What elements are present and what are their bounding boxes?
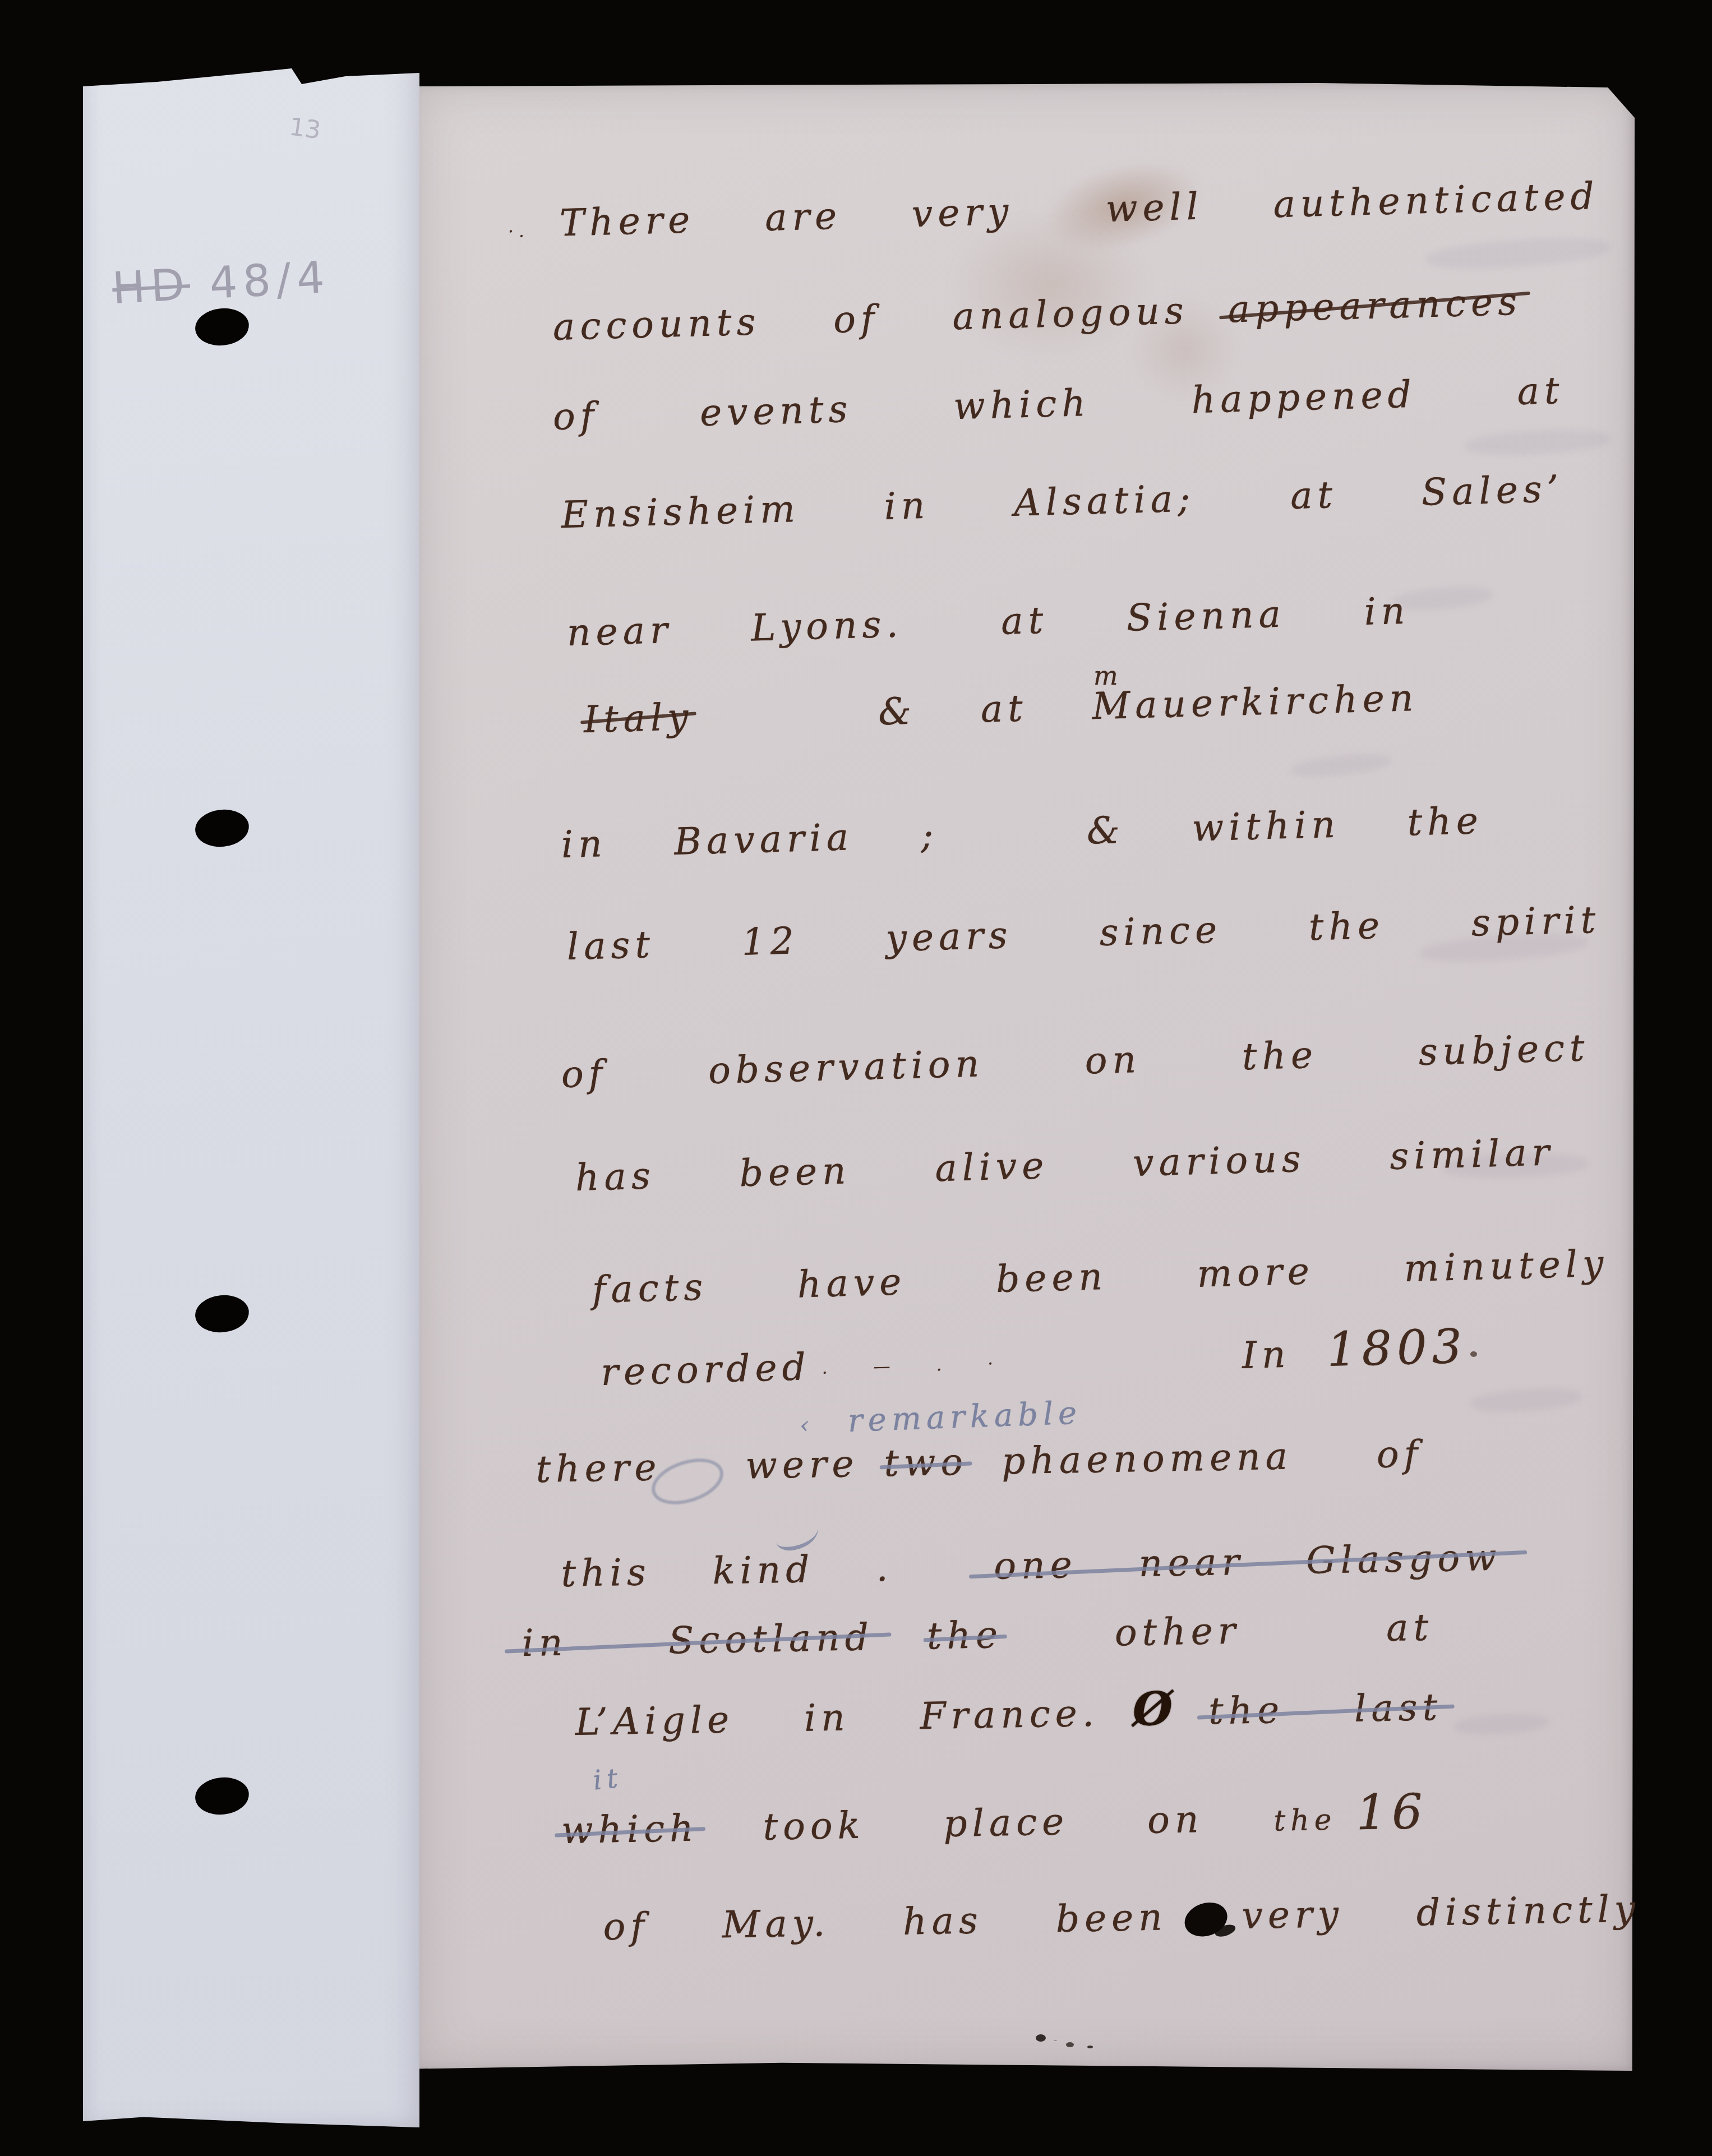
line-12: recorded. — . ·In1803 [600, 1319, 1468, 1396]
archive-photo: 4 ·.There are verywell authenticatedacco… [0, 0, 1712, 2156]
catalog-number: 48/4 [208, 252, 331, 309]
handwriting-segment: other [1114, 1609, 1241, 1655]
catalog-reference: HD 48/4 [111, 252, 331, 314]
handwriting-segment: of May. has been [603, 1895, 1168, 1949]
handwriting-segment: ·. [508, 221, 529, 242]
punch-hole [193, 807, 251, 850]
line-18: of May. has beenvery distinctly [603, 1887, 1641, 1949]
ink-blot [1180, 1897, 1232, 1942]
punch-hole [193, 1775, 251, 1817]
line-15: in Scotlandtheotherat [522, 1606, 1434, 1665]
handwriting-segment: 16 [1355, 1784, 1428, 1841]
handwriting-segment: took place on [763, 1798, 1204, 1849]
handwriting-segment: the [1273, 1803, 1337, 1838]
line-9: of observation on the subject [561, 1026, 1590, 1096]
handwriting-segment: accounts of analogous [552, 289, 1189, 349]
handwriting-segment: this kind . [561, 1546, 893, 1595]
handwriting-segment: L’Aigle in France. [575, 1692, 1099, 1744]
handwriting-segment: of observation on the subject [561, 1026, 1590, 1096]
handwriting-segment: the [926, 1613, 1003, 1658]
line-8: last 12 years since the spirit [566, 898, 1601, 968]
handwriting-segment: Ensisheim in Alsatia; [561, 477, 1196, 537]
handwriting-segment: recorded [600, 1345, 811, 1394]
line-10: has been alive various similar [575, 1130, 1555, 1199]
handwriting-segment: There are very [559, 190, 1014, 244]
handwriting-segment: very distinctly [1242, 1887, 1641, 1937]
handwriting-segment: well authenticated [1105, 174, 1600, 230]
punch-hole [193, 1292, 251, 1335]
handwriting-segment: & within the [1086, 799, 1484, 852]
insert-remarkable: ‹remarkable [799, 1395, 1082, 1441]
handwriting-segment: ‹ [799, 1411, 814, 1439]
line-14: this kind .one near Glasgow [561, 1536, 1502, 1595]
handwriting-segment: at [1386, 1606, 1433, 1650]
inked-out-word: Ø [1132, 1682, 1178, 1736]
handwriting-segment: last 12 years since the spirit [566, 898, 1601, 968]
line-17: whichtook place onthe16 [561, 1784, 1428, 1855]
line-2: accounts of analogousappearances [552, 280, 1522, 349]
handwriting-segment: the last [1208, 1686, 1442, 1733]
line-11: facts have been more minutely [592, 1242, 1609, 1312]
handwriting-segment: at Sales’ [1290, 467, 1564, 518]
strip-page-number: 13 [288, 112, 323, 145]
handwriting-segment: remarkable [847, 1395, 1082, 1439]
line-6: Italy& at Mauerkirchen [583, 676, 1419, 741]
handwriting-segment: & at Mauerkirchen [878, 676, 1419, 733]
handwriting-segment: in Bavaria ; [561, 813, 939, 866]
handwriting-segment: appearances [1228, 280, 1522, 331]
line-4: Ensisheim in Alsatia;at Sales’ [561, 467, 1564, 537]
handwriting-segment: 1803 [1326, 1319, 1468, 1378]
catalog-prefix: HD [111, 260, 191, 314]
handwriting-segment: in Scotland [522, 1615, 874, 1665]
handwriting-segment: In [1242, 1333, 1291, 1377]
punch-hole [193, 306, 251, 348]
handwriting-segment: Italy [583, 695, 694, 741]
line-7: in Bavaria ;& within the [561, 799, 1484, 866]
handwriting-segment: has been alive various similar [575, 1130, 1555, 1199]
insert-it: it [592, 1762, 624, 1796]
guard-strip: 13 HD 48/4 [83, 52, 419, 2127]
line-3: of events which happened at [552, 369, 1565, 438]
handwriting-segment: two [884, 1441, 968, 1485]
line-16: L’Aigle in France.Øthe last [575, 1677, 1443, 1746]
line-5: near Lyons.at Sienna in [566, 589, 1410, 654]
handwriting-segment: which [561, 1807, 699, 1852]
handwriting-segment: there were [536, 1442, 859, 1491]
line-13: there weretwophaenomena of [536, 1432, 1423, 1491]
handwriting-segment: . — . · [822, 1354, 1001, 1378]
line-1: ·.There are verywell authenticated [507, 174, 1600, 246]
handwriting-segment: it [592, 1762, 624, 1796]
handwriting-segment: phaenomena of [1001, 1432, 1423, 1483]
handwriting-segment: one near Glasgow [994, 1536, 1502, 1588]
handwriting-segment: near Lyons. [566, 602, 903, 654]
handwriting-segment: facts have been more minutely [592, 1242, 1609, 1312]
handwriting-segment: at Sienna in [1000, 589, 1410, 643]
handwriting-segment: of events which happened at [552, 369, 1565, 438]
